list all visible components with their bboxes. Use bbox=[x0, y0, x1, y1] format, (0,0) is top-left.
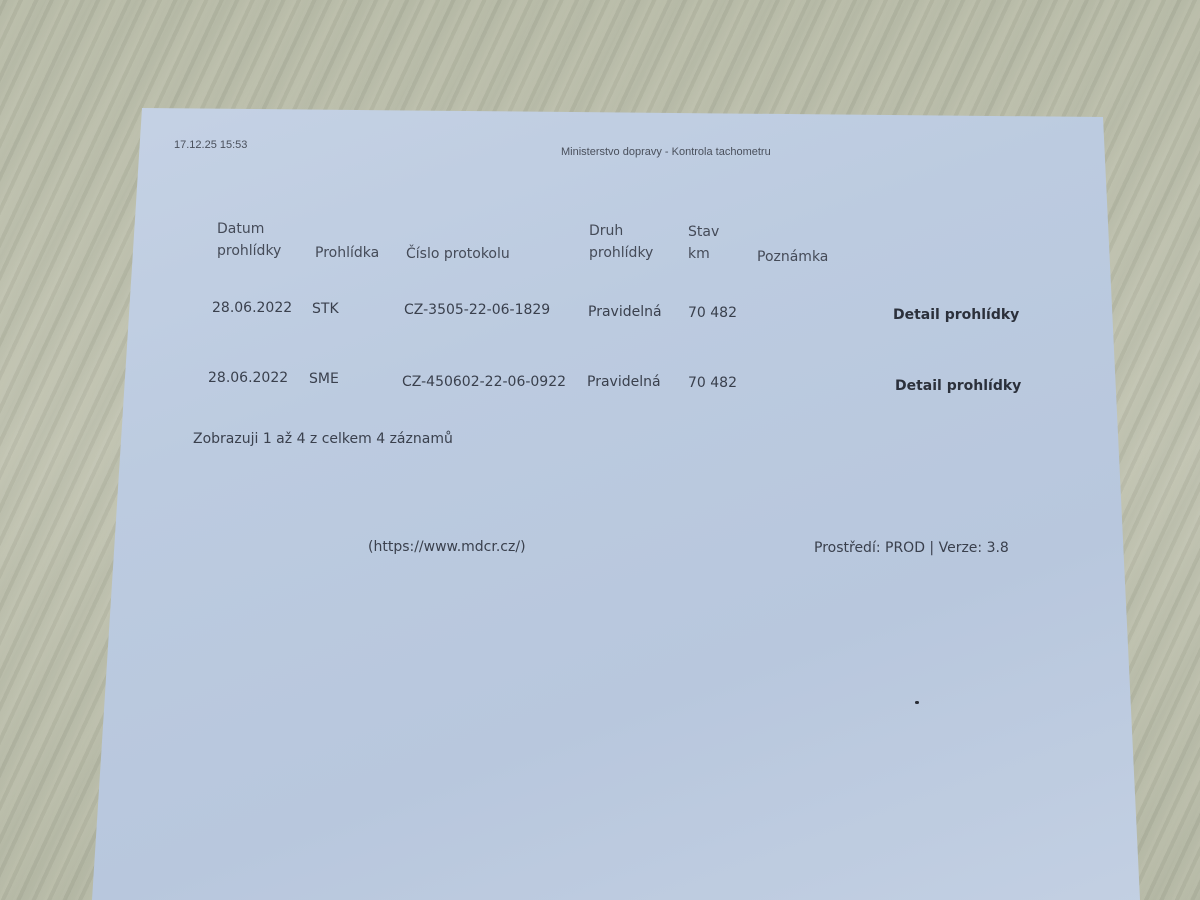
printed-paper-sheet bbox=[0, 0, 1200, 900]
footer-environment-version: Prostředí: PROD | Verze: 3.8 bbox=[814, 540, 1009, 556]
cell-inspection-kind: Pravidelná bbox=[588, 304, 662, 320]
column-header-note: Poznámka bbox=[757, 246, 828, 268]
print-timestamp: 17.12.25 15:53 bbox=[174, 139, 247, 151]
print-page-title: Ministerstvo dopravy - Kontrola tachomet… bbox=[561, 146, 771, 158]
cell-inspection-kind: Pravidelná bbox=[587, 374, 661, 390]
column-header-date: Datum prohlídky bbox=[217, 218, 281, 262]
records-summary: Zobrazuji 1 až 4 z celkem 4 záznamů bbox=[193, 431, 453, 447]
cell-date: 28.06.2022 bbox=[212, 300, 292, 316]
cell-odometer: 70 482 bbox=[688, 305, 737, 321]
detail-link[interactable]: Detail prohlídky bbox=[895, 378, 1021, 394]
cell-inspection-type: STK bbox=[312, 301, 339, 317]
cell-inspection-type: SME bbox=[309, 371, 339, 387]
column-header-inspection-kind: Druh prohlídky bbox=[589, 220, 653, 264]
column-header-inspection: Prohlídka bbox=[315, 242, 379, 264]
detail-link[interactable]: Detail prohlídky bbox=[893, 307, 1019, 323]
ink-speck bbox=[915, 701, 919, 704]
cell-odometer: 70 482 bbox=[688, 375, 737, 391]
cell-date: 28.06.2022 bbox=[208, 370, 288, 386]
column-header-protocol-number: Číslo protokolu bbox=[406, 243, 510, 265]
footer-url: (https://www.mdcr.cz/) bbox=[368, 539, 526, 555]
cell-protocol-number: CZ-3505-22-06-1829 bbox=[404, 302, 550, 318]
cell-protocol-number: CZ-450602-22-06-0922 bbox=[402, 374, 566, 390]
column-header-odometer: Stav km bbox=[688, 221, 719, 265]
